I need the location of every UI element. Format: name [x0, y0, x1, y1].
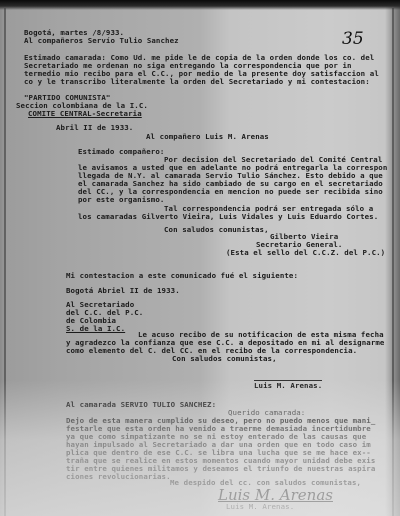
reply-intro: Mi contestacion a este comunicado fué el… — [66, 272, 298, 281]
order-greeting: Estimado compañero: — [78, 148, 164, 157]
reply-date: Bogotá Abriel II de 1933. — [66, 287, 180, 296]
page-right-edge — [392, 8, 394, 516]
order-body-line: por este organismo. — [78, 196, 164, 205]
letterhead-committee: COMITE CENTRAL-Secretaria — [28, 110, 142, 119]
page-left-edge — [4, 8, 6, 516]
order-addressee: Al compañero Luis M. Arenas — [146, 133, 269, 142]
order-seal-note: (Esta el sello del C.C.Z. del P.C.) — [226, 249, 385, 258]
order-date: Abril II de 1933. — [56, 124, 133, 133]
final-addressee: Al camarada SERVIO TULIO SANCHEZ: — [66, 401, 216, 410]
order-body2-line: los camaradas Gilverto Vieira, Luis Vida… — [78, 213, 378, 222]
page-number: 35 — [342, 29, 364, 49]
reply-signer: Luis M. Arenas. — [254, 380, 322, 391]
order-closing: Con saludos comunistas, — [164, 226, 269, 235]
reply-address-line: S. de la I.C. — [66, 325, 125, 334]
final-body-line: ciones revolucionarias. — [66, 473, 171, 482]
reply-closing: Con saludos comunistas, — [172, 355, 277, 364]
intro-line: co y le transcribo literalmente la orden… — [24, 78, 370, 87]
scanned-document-page: 35 Bogotá, martes /8/933. Al compañeros … — [0, 0, 400, 516]
salutation-to: Al compañeros Servío Tulio Sanchez — [24, 37, 179, 46]
final-typed-signer: Luis M. Arenas. — [226, 503, 294, 512]
